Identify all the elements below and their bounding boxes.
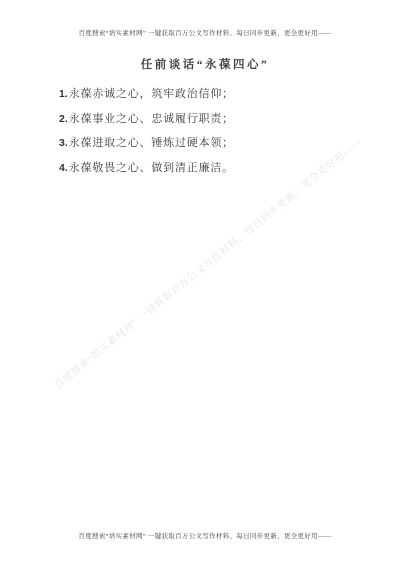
list-item-text: 永葆进取之心、锤炼过硬本领； — [69, 138, 234, 149]
list-item-number: 3. — [59, 138, 68, 149]
list-item: 4. 永葆敬畏之心、做到清正廉洁。 — [59, 163, 359, 174]
header-promo-text: 百度搜索“培实素材网” 一键获取百万公文写作材料、每日同步更新、更全更好用—— — [0, 28, 410, 37]
list-item-number: 4. — [59, 163, 68, 174]
list-item: 3. 永葆进取之心、锤炼过硬本领； — [59, 138, 359, 149]
list-item-number: 2. — [59, 114, 68, 125]
list-item-text: 永葆事业之心、忠诚履行职责； — [69, 114, 234, 125]
document-page: 百度搜索“培实素材网” 一键获取百万公文写作材料、每日同步更新、更全更好用—— … — [0, 0, 410, 580]
document-title: 任前谈话“永葆四心” — [0, 56, 410, 72]
list-item-text: 永葆敬畏之心、做到清正廉洁。 — [69, 163, 234, 174]
footer-promo-text: 百度搜索“培实素材网” 一键获取百万公文写作材料、每日同步更新、更全更好用—— — [0, 531, 410, 540]
list-item: 1. 永葆赤诚之心，筑牢政治信仰； — [59, 89, 359, 100]
list-item: 2. 永葆事业之心、忠诚履行职责； — [59, 114, 359, 125]
list-item-text: 永葆赤诚之心，筑牢政治信仰； — [69, 89, 234, 100]
list-item-number: 1. — [59, 89, 68, 100]
numbered-list: 1. 永葆赤诚之心，筑牢政治信仰； 2. 永葆事业之心、忠诚履行职责； 3. 永… — [59, 89, 359, 187]
